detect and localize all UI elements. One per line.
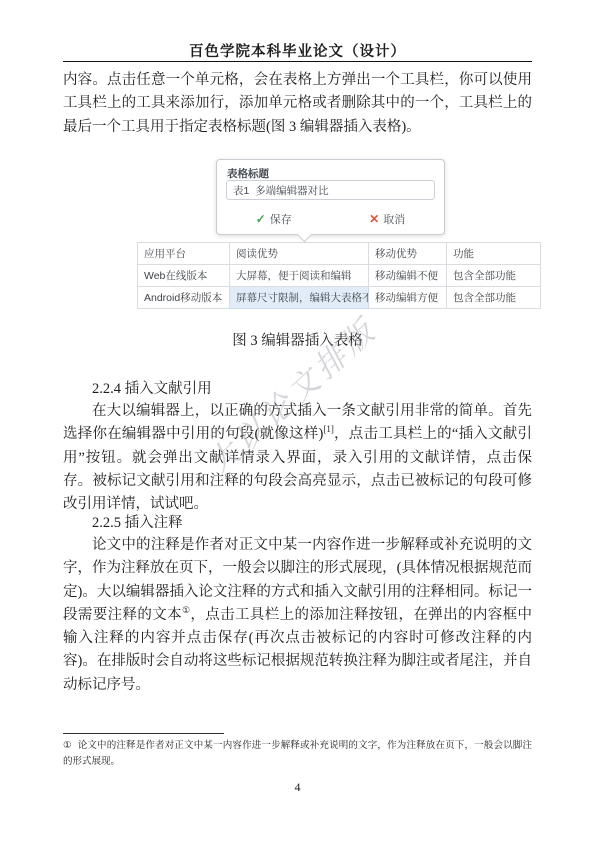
table-row: Android移动版本 屏幕尺寸限制，编辑大表格不便 移动编辑方便 包含全部功能	[138, 287, 541, 309]
save-button[interactable]: ✓ 保存	[217, 211, 331, 226]
section-paragraph-224: 在大以编辑器上，以正确的方式插入一条文献引用非常的简单。首先选择你在编辑器中引用…	[63, 400, 532, 516]
table-cell[interactable]: 移动编辑不便	[369, 265, 447, 287]
table-cell[interactable]: 大屏幕，便于阅读和编辑	[230, 265, 369, 287]
comparison-table: 应用平台 阅读优势 移动优势 功能 Web在线版本 大屏幕，便于阅读和编辑 移动…	[137, 242, 541, 309]
cancel-button-label: 取消	[383, 211, 405, 227]
table-cell[interactable]: Web在线版本	[138, 265, 230, 287]
footnote-text: 论文中的注释是作者对正文中某一内容作进一步解释或补充说明的文字，作为注释放在页下…	[63, 741, 532, 767]
citation-marker: [1]	[323, 424, 334, 434]
table-title-input[interactable]	[226, 180, 435, 200]
footnote-divider	[63, 733, 224, 734]
figure-caption: 图 3 编辑器插入表格	[63, 329, 532, 350]
footnote-marker: ①	[63, 741, 72, 751]
table-title-label: 表格标题	[227, 166, 269, 181]
table-cell[interactable]: 包含全部功能	[447, 265, 541, 287]
table-header-cell[interactable]: 阅读优势	[230, 243, 369, 265]
check-icon: ✓	[256, 212, 266, 226]
save-button-label: 保存	[270, 211, 292, 227]
page-number: 4	[0, 780, 595, 795]
intro-paragraph: 内容。点击任意一个单元格，会在表格上方弹出一个工具栏，你可以使用工具栏上的工具来…	[63, 69, 532, 139]
table-header-row: 应用平台 阅读优势 移动优势 功能	[138, 243, 541, 265]
header-divider	[63, 61, 532, 62]
table-cell[interactable]: 移动编辑方便	[369, 287, 447, 309]
table-row: Web在线版本 大屏幕，便于阅读和编辑 移动编辑不便 包含全部功能	[138, 265, 541, 287]
close-icon: ✕	[369, 212, 379, 226]
table-header-cell[interactable]: 移动优势	[369, 243, 447, 265]
popup-caret-pointer	[297, 227, 313, 243]
section-paragraph-225: 论文中的注释是作者对正文中某一内容作进一步解释或补充说明的文字，作为注释放在页下…	[63, 534, 532, 697]
table-cell[interactable]: 包含全部功能	[447, 287, 541, 309]
popup-button-row: ✓ 保存 ✕ 取消	[217, 211, 444, 226]
table-title-popup: 表格标题 ✓ 保存 ✕ 取消	[216, 159, 445, 235]
table-cell-selected[interactable]: 屏幕尺寸限制，编辑大表格不便	[230, 287, 369, 309]
page-header-title: 百色学院本科毕业论文（设计）	[63, 40, 532, 61]
section-heading-224: 2.2.4 插入文献引用	[63, 377, 532, 398]
footnote: ①论文中的注释是作者对正文中某一内容作进一步解释或补充说明的文字，作为注释放在页…	[63, 739, 532, 770]
table-cell[interactable]: Android移动版本	[138, 287, 230, 309]
table-header-cell[interactable]: 应用平台	[138, 243, 230, 265]
section-heading-225: 2.2.5 插入注释	[63, 511, 532, 532]
cancel-button[interactable]: ✕ 取消	[331, 211, 445, 226]
document-page: 百色学院本科毕业论文（设计） 内容。点击任意一个单元格，会在表格上方弹出一个工具…	[0, 0, 595, 842]
table-header-cell[interactable]: 功能	[447, 243, 541, 265]
